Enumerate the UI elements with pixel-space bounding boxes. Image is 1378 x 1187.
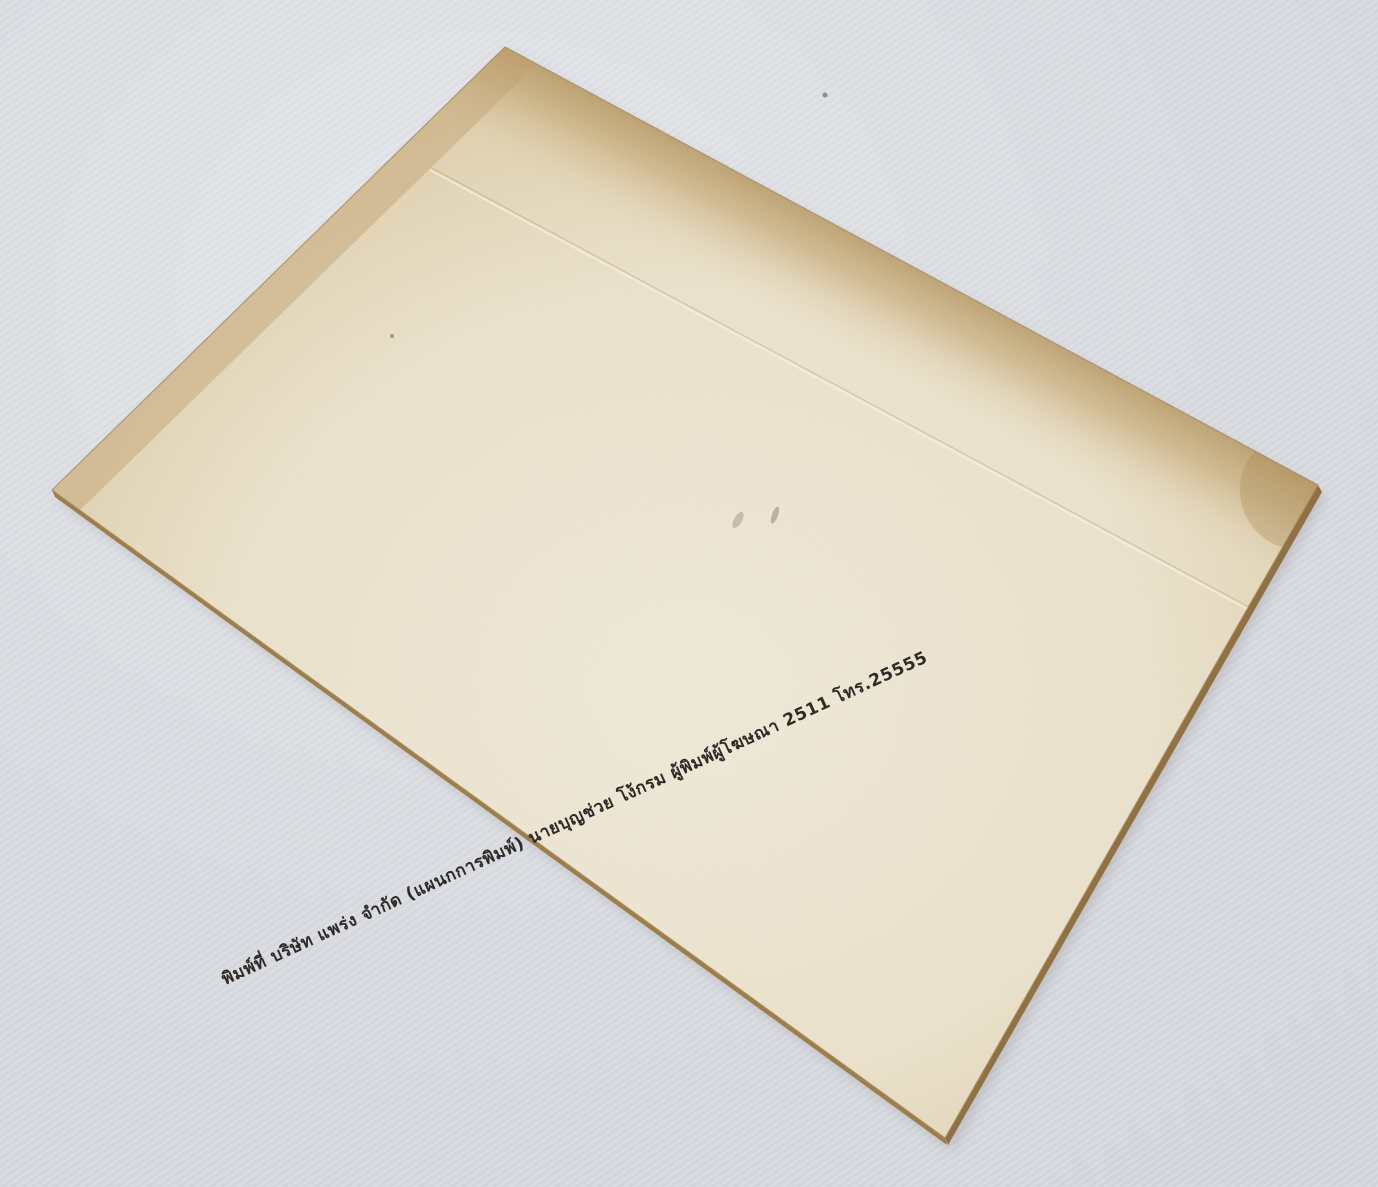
booklet-photo: พิมพ์ที่ บริษัท แพร่ง จำกัด (แผนกการพิมพ… <box>0 0 1378 1187</box>
photo-scene: พิมพ์ที่ บริษัท แพร่ง จำกัด (แผนกการพิมพ… <box>0 0 1378 1187</box>
cloth-speck <box>823 93 828 98</box>
